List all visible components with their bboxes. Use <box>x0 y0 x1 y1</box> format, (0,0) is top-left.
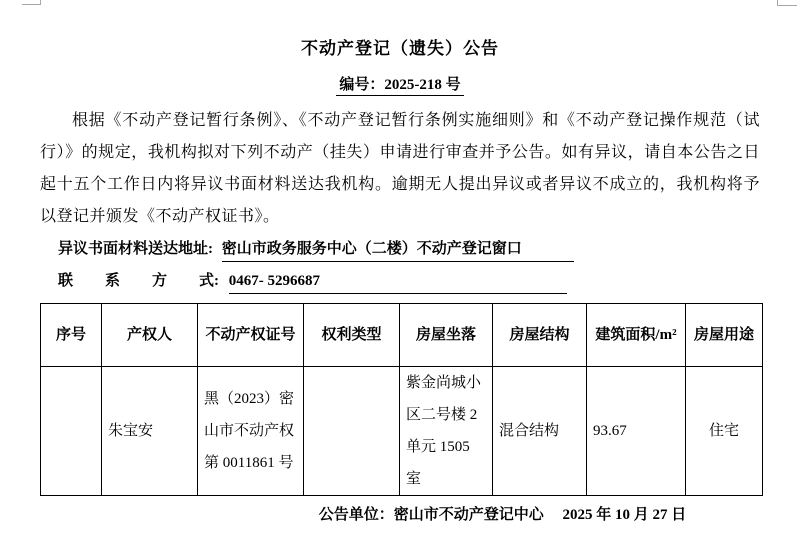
address-line: 异议书面材料送达地址: 密山市政务服务中心（二楼）不动产登记窗口 <box>58 233 760 265</box>
page-corner-mark-right <box>777 0 797 6</box>
contact-colon: : <box>214 273 219 289</box>
cell-right-type <box>304 367 400 496</box>
table-header-row: 序号 产权人 不动产权证号 权利类型 房屋坐落 房屋结构 建筑面积/m² 房屋用… <box>41 304 763 367</box>
footer-line: 公告单位：密山市不动产登记中心 2025 年 10 月 27 日 <box>40 503 760 527</box>
cell-structure: 混合结构 <box>493 367 587 496</box>
header-location: 房屋坐落 <box>400 304 493 367</box>
contact-line: 联系方式: 0467- 5296687 <box>58 265 760 297</box>
cell-owner: 朱宝安 <box>102 367 198 496</box>
doc-number-line: 编号：2025-218 号 <box>40 75 760 95</box>
cell-area: 93.67 <box>587 367 686 496</box>
page-corner-mark-left <box>22 0 41 5</box>
document-page: 不动产登记（遗失）公告 编号：2025-218 号 根据《不动产登记暂行条例》、… <box>0 0 800 527</box>
table-row: 朱宝安 黑（2023）密山市不动产权第 0011861 号 紫金尚城小区二号楼 … <box>41 367 763 496</box>
address-label: 异议书面材料送达地址: <box>58 241 213 257</box>
header-area: 建筑面积/m² <box>587 304 686 367</box>
contact-label: 联系方式 <box>58 265 214 297</box>
header-structure: 房屋结构 <box>493 304 587 367</box>
contact-value: 0467- 5296687 <box>229 269 567 294</box>
announcement-table: 序号 产权人 不动产权证号 权利类型 房屋坐落 房屋结构 建筑面积/m² 房屋用… <box>40 303 763 496</box>
address-value: 密山市政务服务中心（二楼）不动产登记窗口 <box>222 237 574 262</box>
cell-location: 紫金尚城小区二号楼 2 单元 1505 室 <box>400 367 493 496</box>
cell-cert-no: 黑（2023）密山市不动产权第 0011861 号 <box>198 367 304 496</box>
header-cert-no: 不动产权证号 <box>198 304 304 367</box>
header-seq: 序号 <box>41 304 102 367</box>
document-title: 不动产登记（遗失）公告 <box>40 38 760 60</box>
cell-seq <box>41 367 102 496</box>
header-owner: 产权人 <box>102 304 198 367</box>
header-usage: 房屋用途 <box>686 304 763 367</box>
body-paragraph: 根据《不动产登记暂行条例》、《不动产登记暂行条例实施细则》和《不动产登记操作规范… <box>40 105 760 233</box>
doc-number: 编号：2025-218 号 <box>336 77 463 96</box>
header-right-type: 权利类型 <box>304 304 400 367</box>
cell-usage: 住宅 <box>686 367 763 496</box>
